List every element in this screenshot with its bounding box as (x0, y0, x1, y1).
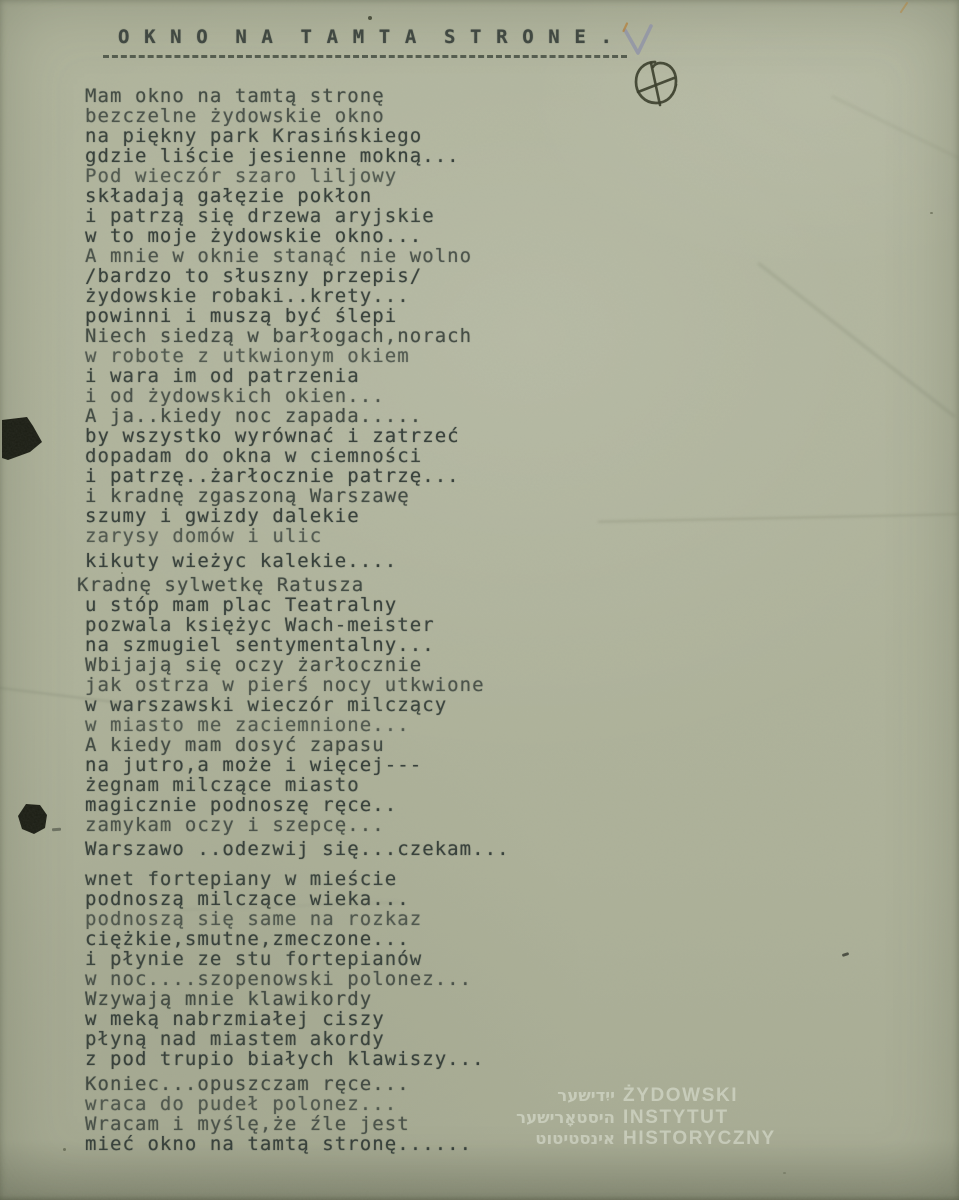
poem-line: Wracam i myślę,że źle jest (85, 1114, 510, 1134)
poem-line: zarysy domów i ulic (85, 526, 510, 546)
pencil-checkmark-icon (616, 18, 660, 62)
poem-line: Wzywają mnie klawikordy (85, 989, 510, 1009)
poem: Mam okno na tamtą stronębezczelne żydows… (85, 86, 510, 1154)
paper-speck (783, 1172, 786, 1174)
watermark-polish-line2: INSTYTUT (623, 1107, 776, 1129)
institute-watermark: ייִדישער ŻYDOWSKI היסטאָרישער INSTYTUT א… (497, 1085, 776, 1150)
watermark-polish-line1: ŻYDOWSKI (623, 1085, 776, 1107)
poem-line: i kradnę zgaszoną Warszawę (85, 486, 510, 506)
paper-speck (368, 16, 372, 20)
poem-line: kikuty wieżyc kalekie.... (85, 551, 510, 571)
paper-speck (842, 952, 850, 957)
poem-line: magicznie podnoszę ręce.. (85, 795, 510, 815)
poem-line: na szmugiel sentymentalny... (85, 635, 510, 655)
ink-blot-round (14, 801, 52, 839)
poem-line: Warszawo ..odezwij się...czekam... (85, 839, 510, 859)
poem-line: Kradnę sylwetkę Ratusza (77, 575, 510, 595)
poem-line: i patrzą się drzewa aryjskie (85, 206, 510, 226)
poem-line: szumy i gwizdy dalekie (85, 506, 510, 526)
poem-line: pozwala księżyc Wach-meister (85, 615, 510, 635)
poem-line: podnoszą się same na rozkaz (85, 909, 510, 929)
poem-line: w noc....szopenowski polonez... (85, 969, 510, 989)
poem-line: żydowskie robaki..krety... (85, 286, 510, 306)
poem-line: na jutro,a może i więcej--- (85, 755, 510, 775)
paper-speck (63, 1148, 66, 1151)
poem-line: podnoszą milczące wieka... (85, 889, 510, 909)
poem-line: A kiedy mam dosyć zapasu (85, 735, 510, 755)
poem-line: i płynie ze stu fortepianów (85, 949, 510, 969)
poem-line: zamykam oczy i szepcę... (85, 815, 510, 835)
scanned-document-page: O K N O N A T A M T A S T R O N E . Mam … (0, 0, 959, 1200)
poem-line: na piękny park Krasińskiego (85, 126, 510, 146)
watermark-yiddish-line2: היסטאָרישער (497, 1107, 615, 1129)
poem-line: w warszawski wieczór milczący (85, 695, 510, 715)
poem-line: A mnie w oknie stanąć nie wolno (85, 246, 510, 266)
poem-line: by wszystko wyrównać i zatrzeć (85, 426, 510, 446)
poem-line: jak ostrza w pierś nocy utkwione (85, 675, 510, 695)
poem-line: A ja..kiedy noc zapada..... (85, 406, 510, 426)
poem-line: bezczelne żydowskie okno (85, 106, 510, 126)
poem-line: żegnam milczące miasto (85, 775, 510, 795)
poem-line: Koniec...opuszczam ręce... (85, 1074, 510, 1094)
poem-line: powinni i muszą być ślepi (85, 306, 510, 326)
poem-line: płyną nad miastem akordy (85, 1029, 510, 1049)
poem-line: wraca do pudeł polonez... (85, 1094, 510, 1114)
watermark-polish-line3: HISTORYCZNY (623, 1128, 776, 1150)
poem-line: w robote z utkwionym okiem (85, 346, 510, 366)
paper-crease (831, 95, 959, 163)
paper-crease (598, 513, 959, 523)
poem-line: Mam okno na tamtą stronę (85, 86, 510, 106)
poem-line: dopadam do okna w ciemności (85, 446, 510, 466)
poem-line: Wbijają się oczy żarłocznie (85, 655, 510, 675)
poem-line: mieć okno na tamtą stronę...... (85, 1134, 510, 1154)
paper-crease (757, 262, 955, 417)
paper-speck (930, 212, 933, 214)
poem-line: Niech siedzą w barłogach,norach (85, 326, 510, 346)
watermark-yiddish-line3: אינסטיטוט (497, 1128, 615, 1150)
poem-line: i wara im od patrzenia (85, 366, 510, 386)
poem-line: Pod wieczór szaro liljowy (85, 166, 510, 186)
poem-line: i patrzę..żarłocznie patrzę... (85, 466, 510, 486)
pencil-margin-dash (52, 828, 61, 831)
poem-line: gdzie liście jesienne mokną... (85, 146, 510, 166)
ink-blot-triangle (0, 412, 48, 464)
paper-fiber (900, 2, 909, 14)
poem-title: O K N O N A T A M T A S T R O N E . (103, 26, 627, 58)
watermark-yiddish-line1: ייִדישער (497, 1085, 615, 1107)
poem-line: w meką nabrzmiałej ciszy (85, 1009, 510, 1029)
poem-line: z pod trupio białych klawiszy... (85, 1049, 510, 1069)
poem-line: /bardzo to słuszny przepis/ (85, 266, 510, 286)
poem-line: w to moje żydowskie okno... (85, 226, 510, 246)
poem-line: i od żydowskich okien... (85, 386, 510, 406)
poem-line: składają gałęzie pokłon (85, 186, 510, 206)
poem-line: wnet fortepiany w mieście (85, 869, 510, 889)
circled-cross-icon (630, 58, 682, 110)
poem-line: u stóp mam plac Teatralny (85, 595, 510, 615)
poem-line: w miasto me zaciemnione... (85, 715, 510, 735)
poem-line: ciężkie,smutne,zmeczone... (85, 929, 510, 949)
